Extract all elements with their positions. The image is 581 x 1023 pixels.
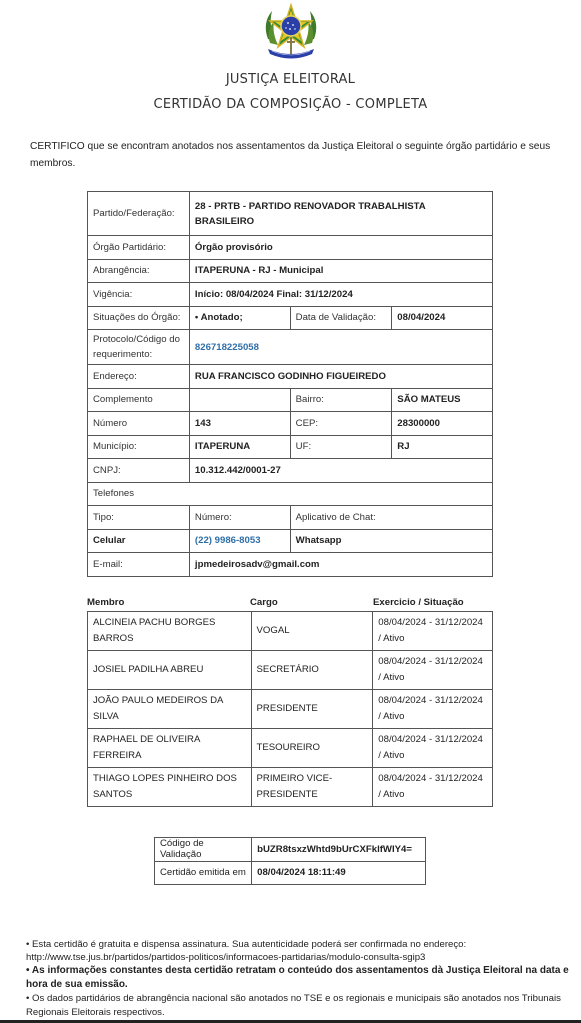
cnpj-label: CNPJ: xyxy=(88,459,190,483)
complemento-value xyxy=(189,388,290,412)
row-telefones: Telefones xyxy=(88,482,493,506)
member-row: RAPHAEL DE OLIVEIRA FERREIRATESOUREIRO08… xyxy=(88,729,493,768)
member-cargo: SECRETÁRIO xyxy=(251,651,373,690)
members-table: ALCINEIA PACHU BORGES BARROSVOGAL08/04/2… xyxy=(87,611,493,807)
vigencia-label: Vigência: xyxy=(88,283,190,307)
partido-value: 28 - PRTB - PARTIDO RENOVADOR TRABALHIST… xyxy=(189,192,492,236)
codigo-value: bUZR8tsxzWhtd9bUrCXFklfWIY4= xyxy=(252,838,426,862)
header-membro: Membro xyxy=(87,597,124,608)
member-row: JOSIEL PADILHA ABREUSECRETÁRIO08/04/2024… xyxy=(88,651,493,690)
email-label: E-mail: xyxy=(88,553,190,577)
row-orgao: Órgão Partidário: Órgão provisório xyxy=(88,236,493,260)
data-validacao-label: Data de Validação: xyxy=(290,306,392,330)
brazil-coat-of-arms-icon xyxy=(258,1,324,65)
numero-value: 143 xyxy=(189,412,290,436)
header-exercicio: Exercicio / Situação xyxy=(373,597,464,608)
row-numero: Número 143 CEP: 28300000 xyxy=(88,412,493,436)
document-subtitle: CERTIDÃO DA COMPOSIÇÃO - COMPLETA xyxy=(0,97,581,112)
protocolo-link[interactable]: 826718225058 xyxy=(189,330,492,365)
tipo-label: Tipo: xyxy=(88,506,190,530)
note-dados-partidarios: • Os dados partidários de abrangência na… xyxy=(26,992,571,1018)
email-value: jpmedeirosadv@gmail.com xyxy=(189,553,492,577)
row-telefone-headers: Tipo: Número: Aplicativo de Chat: xyxy=(88,506,493,530)
row-vigencia: Vigência: Início: 08/04/2024 Final: 31/1… xyxy=(88,283,493,307)
row-protocolo: Protocolo/Código do requerimento: 826718… xyxy=(88,330,493,365)
codigo-label: Código de Validação xyxy=(155,838,252,862)
orgao-label: Órgão Partidário: xyxy=(88,236,190,260)
numero-label: Número xyxy=(88,412,190,436)
uf-label: UF: xyxy=(290,435,392,459)
aplicativo-label: Aplicativo de Chat: xyxy=(290,506,492,530)
row-cnpj: CNPJ: 10.312.442/0001-27 xyxy=(88,459,493,483)
vigencia-value: Início: 08/04/2024 Final: 31/12/2024 xyxy=(189,283,492,307)
member-exercicio: 08/04/2024 - 31/12/2024 / Ativo xyxy=(373,729,493,768)
header-cargo: Cargo xyxy=(250,597,278,608)
emitida-value: 08/04/2024 18:11:49 xyxy=(252,861,426,885)
footer-notes: • Esta certidão é gratuita e dispensa as… xyxy=(26,938,571,1019)
member-name: JOÃO PAULO MEDEIROS DA SILVA xyxy=(88,690,252,729)
partido-label: Partido/Federação: xyxy=(88,192,190,236)
member-cargo: PRESIDENTE xyxy=(251,690,373,729)
member-cargo: TESOUREIRO xyxy=(251,729,373,768)
row-emitida: Certidão emitida em 08/04/2024 18:11:49 xyxy=(155,861,426,885)
endereco-label: Endereço: xyxy=(88,365,190,389)
abrangencia-value: ITAPERUNA - RJ - Municipal xyxy=(189,259,492,283)
row-partido: Partido/Federação: 28 - PRTB - PARTIDO R… xyxy=(88,192,493,236)
page-title: JUSTIÇA ELEITORAL xyxy=(0,72,581,87)
member-exercicio: 08/04/2024 - 31/12/2024 / Ativo xyxy=(373,612,493,651)
abrangencia-label: Abrangência: xyxy=(88,259,190,283)
cep-label: CEP: xyxy=(290,412,392,436)
member-row: JOÃO PAULO MEDEIROS DA SILVAPRESIDENTE08… xyxy=(88,690,493,729)
member-exercicio: 08/04/2024 - 31/12/2024 / Ativo xyxy=(373,651,493,690)
member-name: THIAGO LOPES PINHEIRO DOS SANTOS xyxy=(88,768,252,807)
member-cargo: PRIMEIRO VICE-PRESIDENTE xyxy=(251,768,373,807)
situacoes-value: • Anotado; xyxy=(189,306,290,330)
orgao-info-table: Partido/Federação: 28 - PRTB - PARTIDO R… xyxy=(87,191,493,577)
aplicativo-value: Whatsapp xyxy=(290,529,492,553)
situacoes-label: Situações do Órgão: xyxy=(88,306,190,330)
row-email: E-mail: jpmedeirosadv@gmail.com xyxy=(88,553,493,577)
uf-value: RJ xyxy=(392,435,493,459)
row-complemento: Complemento Bairro: SÃO MATEUS xyxy=(88,388,493,412)
cep-value: 28300000 xyxy=(392,412,493,436)
emitida-label: Certidão emitida em xyxy=(155,861,252,885)
row-abrangencia: Abrangência: ITAPERUNA - RJ - Municipal xyxy=(88,259,493,283)
tipo-value: Celular xyxy=(88,529,190,553)
row-situacoes: Situações do Órgão: • Anotado; Data de V… xyxy=(88,306,493,330)
row-telefone-values: Celular (22) 9986-8053 Whatsapp xyxy=(88,529,493,553)
note-autenticidade: • Esta certidão é gratuita e dispensa as… xyxy=(26,938,571,964)
member-name: ALCINEIA PACHU BORGES BARROS xyxy=(88,612,252,651)
note-informacoes: • As informações constantes desta certid… xyxy=(26,964,571,992)
endereco-value: RUA FRANCISCO GODINHO FIGUEIREDO xyxy=(189,365,492,389)
row-endereco: Endereço: RUA FRANCISCO GODINHO FIGUEIRE… xyxy=(88,365,493,389)
municipio-label: Município: xyxy=(88,435,190,459)
intro-text: CERTIFICO que se encontram anotados nos … xyxy=(30,138,560,172)
cnpj-value: 10.312.442/0001-27 xyxy=(189,459,492,483)
member-exercicio: 08/04/2024 - 31/12/2024 / Ativo xyxy=(373,690,493,729)
bairro-label: Bairro: xyxy=(290,388,392,412)
row-municipio: Município: ITAPERUNA UF: RJ xyxy=(88,435,493,459)
member-cargo: VOGAL xyxy=(251,612,373,651)
municipio-value: ITAPERUNA xyxy=(189,435,290,459)
data-validacao-value: 08/04/2024 xyxy=(392,306,493,330)
numero-tel-label: Número: xyxy=(189,506,290,530)
bairro-value: SÃO MATEUS xyxy=(392,388,493,412)
orgao-value: Órgão provisório xyxy=(189,236,492,260)
validation-table: Código de Validação bUZR8tsxzWhtd9bUrCXF… xyxy=(154,837,426,885)
protocolo-label: Protocolo/Código do requerimento: xyxy=(88,330,190,365)
member-name: JOSIEL PADILHA ABREU xyxy=(88,651,252,690)
telefone-link[interactable]: (22) 9986-8053 xyxy=(189,529,290,553)
member-name: RAPHAEL DE OLIVEIRA FERREIRA xyxy=(88,729,252,768)
row-codigo: Código de Validação bUZR8tsxzWhtd9bUrCXF… xyxy=(155,838,426,862)
complemento-label: Complemento xyxy=(88,388,190,412)
member-row: ALCINEIA PACHU BORGES BARROSVOGAL08/04/2… xyxy=(88,612,493,651)
member-exercicio: 08/04/2024 - 31/12/2024 / Ativo xyxy=(373,768,493,807)
member-row: THIAGO LOPES PINHEIRO DOS SANTOSPRIMEIRO… xyxy=(88,768,493,807)
telefones-heading: Telefones xyxy=(88,482,493,506)
